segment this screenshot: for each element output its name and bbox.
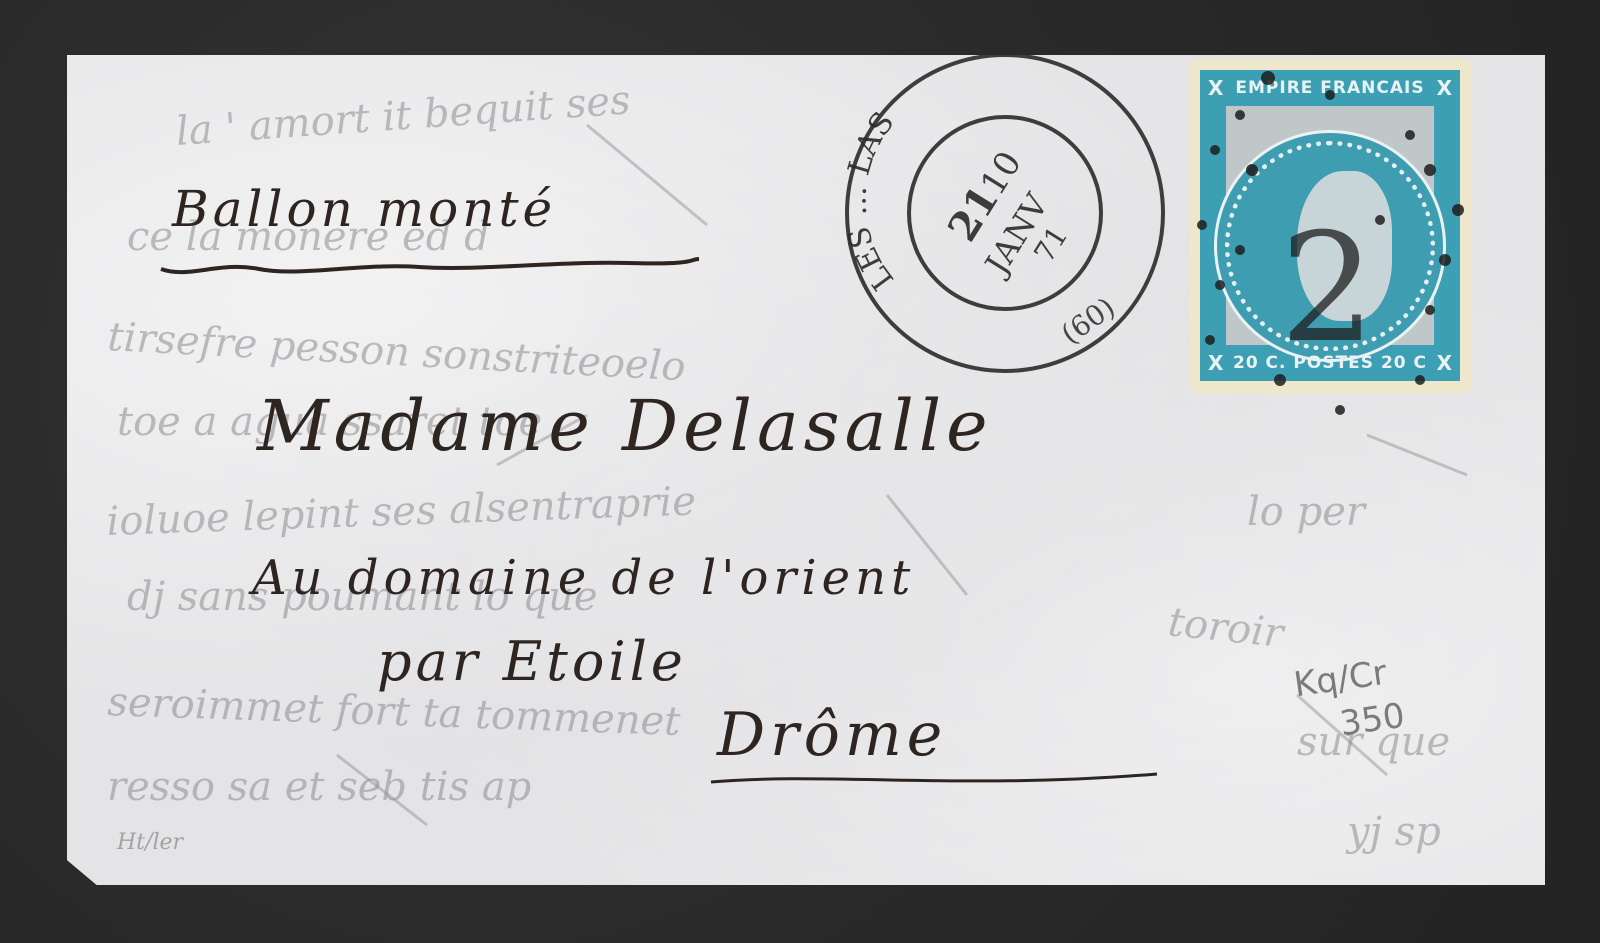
pencil-corner-note: Ht/ler: [117, 830, 183, 855]
endorsement-underline: [159, 253, 704, 283]
balloon-endorsement: Ballon monté: [172, 180, 556, 238]
postmark-department: (60): [1055, 291, 1121, 351]
postmark-town: LES ... LAS: [840, 106, 901, 297]
svg-text:LES ... LAS: LES ... LAS: [840, 106, 901, 297]
recipient-name: Madame Delasalle: [257, 385, 993, 467]
address-line-2: par Etoile: [377, 630, 687, 693]
cancel-number: 2: [1280, 202, 1375, 376]
postmark-circular-datestamp: LES ... LAS 21 10 JANV 71 (60): [840, 50, 1170, 380]
pencil-price-note: Kq/Cr 350: [1292, 653, 1407, 750]
department-underline: [707, 760, 1167, 800]
address-line-1: Au domaine de l'orient: [252, 550, 915, 606]
numeral-dot-cancel: 2: [1180, 60, 1480, 420]
